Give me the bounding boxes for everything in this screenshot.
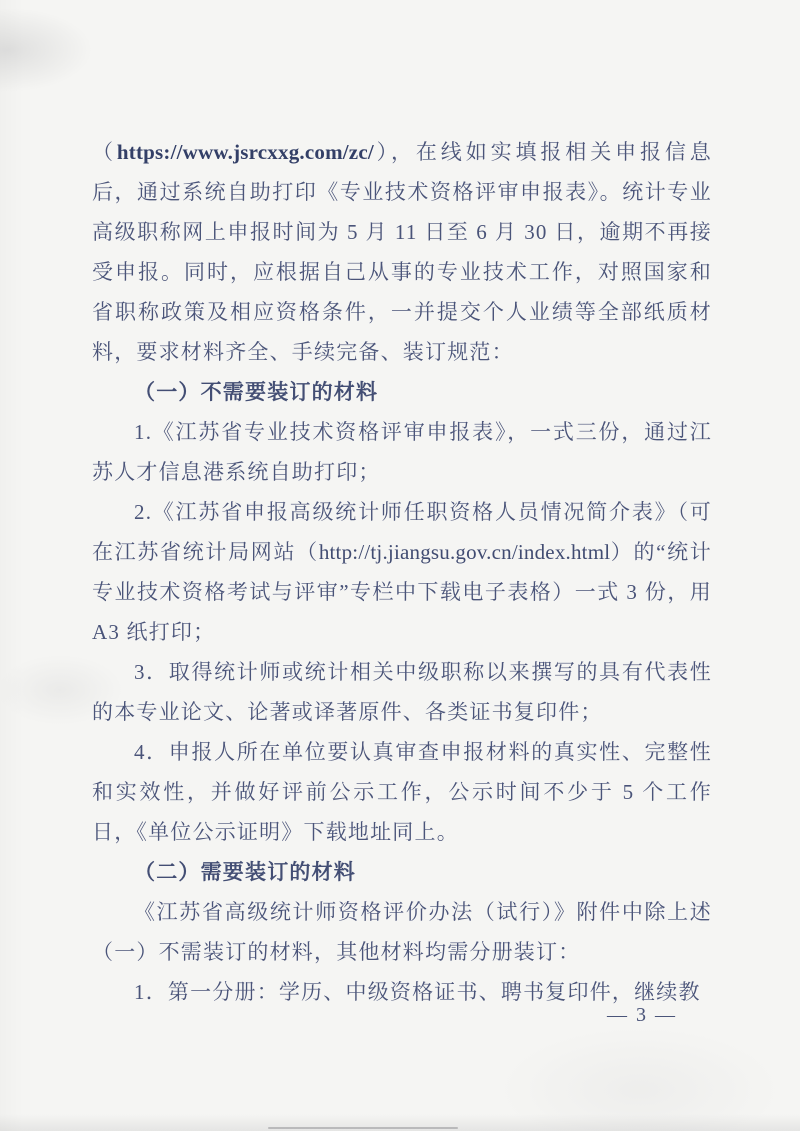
text-run: （ (92, 140, 117, 164)
text-run: 4．申报人所在单位要认真审查申报材料的真实性、完整性和实效性，并做好评前公示工作… (92, 740, 712, 844)
item-1-4: 4．申报人所在单位要认真审查申报材料的真实性、完整性和实效性，并做好评前公示工作… (92, 732, 712, 852)
text-run: ），在线如实填报相关申报信息后，通过系统自助打印《专业技术资格评审申报表》。统计… (92, 140, 712, 364)
text-run: 《江苏省高级统计师资格评价办法（试行）》附件中除上述（一）不需装订的材料，其他材… (92, 900, 712, 964)
heading-section-2: （二）需要装订的材料 (92, 852, 712, 892)
text-run: 3．取得统计师或统计相关中级职称以来撰写的具有代表性的本专业论文、论著或译著原件… (92, 660, 712, 724)
page-number: — 3 — (607, 1000, 677, 1030)
text-run: （二）需要装订的材料 (134, 860, 356, 884)
item-1-3: 3．取得统计师或统计相关中级职称以来撰写的具有代表性的本专业论文、论著或译著原件… (92, 652, 712, 732)
url-text: http://tj.jiangsu.gov.cn/index.html (319, 540, 610, 564)
item-1-2: 2.《江苏省申报高级统计师任职资格人员情况简介表》（可在江苏省统计局网站（htt… (92, 492, 712, 652)
url-text: https://www.jsrcxxg.com/zc/ (117, 140, 374, 164)
text-run: 1.《江苏省专业技术资格评审申报表》，一式三份，通过江苏人才信息港系统自助打印； (92, 420, 712, 484)
scan-edge-artifact (268, 1127, 458, 1129)
document-body: （https://www.jsrcxxg.com/zc/），在线如实填报相关申报… (92, 132, 712, 1012)
paragraph-intro: （https://www.jsrcxxg.com/zc/），在线如实填报相关申报… (92, 132, 712, 372)
text-run: （一）不需要装订的材料 (134, 380, 378, 404)
scanned-page: （https://www.jsrcxxg.com/zc/），在线如实填报相关申报… (0, 0, 800, 1131)
item-1-1: 1.《江苏省专业技术资格评审申报表》，一式三份，通过江苏人才信息港系统自助打印； (92, 412, 712, 492)
paragraph-section-2-intro: 《江苏省高级统计师资格评价办法（试行）》附件中除上述（一）不需装订的材料，其他材… (92, 892, 712, 972)
heading-section-1: （一）不需要装订的材料 (92, 372, 712, 412)
